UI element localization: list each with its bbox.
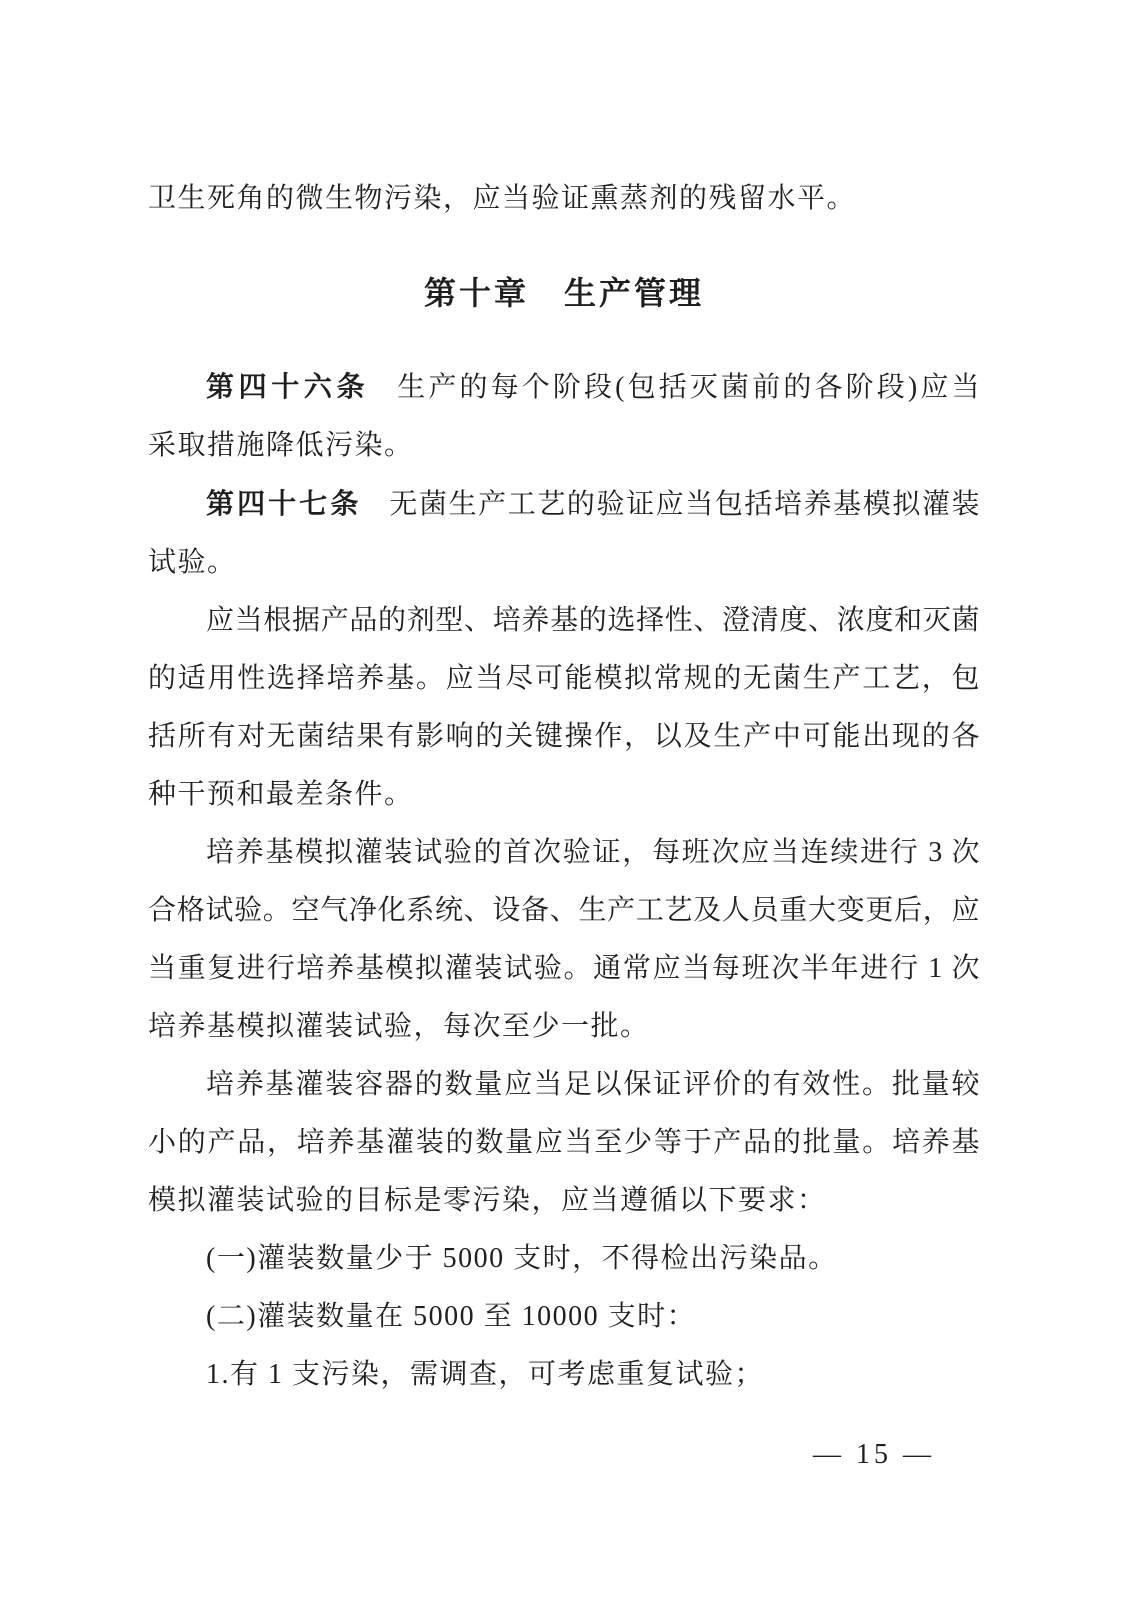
requirement-item-3: 1.有 1 支污染，需调查，可考虑重复试验；	[148, 1346, 980, 1404]
article-46-number: 第四十六条	[206, 371, 369, 402]
requirement-item-1: (一)灌装数量少于 5000 支时，不得检出污染品。	[148, 1230, 980, 1288]
para-media-selection-line-1: 应当根据产品的剂型、培养基的选择性、澄清度、浓度和灭菌	[148, 592, 980, 650]
page-number: — 15 —	[148, 1426, 980, 1484]
para-validation-frequency-line-4: 培养基模拟灌装试验，每次至少一批。	[148, 998, 980, 1056]
article-47-text: 无菌生产工艺的验证应当包括培养基模拟灌装	[389, 489, 980, 520]
article-46-line-1: 第四十六条生产的每个阶段(包括灭菌前的各阶段)应当	[148, 358, 980, 417]
article-46-text: 生产的每个阶段(包括灭菌前的各阶段)应当	[397, 372, 980, 403]
article-46-line-2: 采取措施降低污染。	[148, 417, 980, 475]
article-47-line-1: 第四十七条无菌生产工艺的验证应当包括培养基模拟灌装	[148, 475, 980, 534]
para-media-selection-line-2: 的适用性选择培养基。应当尽可能模拟常规的无菌生产工艺，包	[148, 650, 980, 708]
para-container-quantity-line-1: 培养基灌装容器的数量应当足以保证评价的有效性。批量较	[148, 1056, 980, 1114]
article-47-number: 第四十七条	[206, 488, 361, 519]
para-validation-frequency-line-2: 合格试验。空气净化系统、设备、生产工艺及人员重大变更后，应	[148, 882, 980, 940]
para-container-quantity-line-2: 小的产品，培养基灌装的数量应当至少等于产品的批量。培养基	[148, 1114, 980, 1172]
document-page: 卫生死角的微生物污染，应当验证熏蒸剂的残留水平。 第十章 生产管理 第四十六条生…	[0, 0, 1131, 1600]
requirement-item-2: (二)灌装数量在 5000 至 10000 支时：	[148, 1288, 980, 1346]
article-47-line-2: 试验。	[148, 534, 980, 592]
para-validation-frequency-line-3: 当重复进行培养基模拟灌装试验。通常应当每班次半年进行 1 次	[148, 940, 980, 998]
para-media-selection-line-3: 括所有对无菌结果有影响的关键操作，以及生产中可能出现的各	[148, 708, 980, 766]
intro-continuation-line: 卫生死角的微生物污染，应当验证熏蒸剂的残留水平。	[148, 170, 980, 228]
chapter-heading: 第十章 生产管理	[148, 264, 980, 322]
text-block: 卫生死角的微生物污染，应当验证熏蒸剂的残留水平。 第十章 生产管理 第四十六条生…	[148, 170, 980, 1484]
para-media-selection-line-4: 种干预和最差条件。	[148, 766, 980, 824]
para-validation-frequency-line-1: 培养基模拟灌装试验的首次验证，每班次应当连续进行 3 次	[148, 824, 980, 882]
para-container-quantity-line-3: 模拟灌装试验的目标是零污染，应当遵循以下要求：	[148, 1172, 980, 1230]
